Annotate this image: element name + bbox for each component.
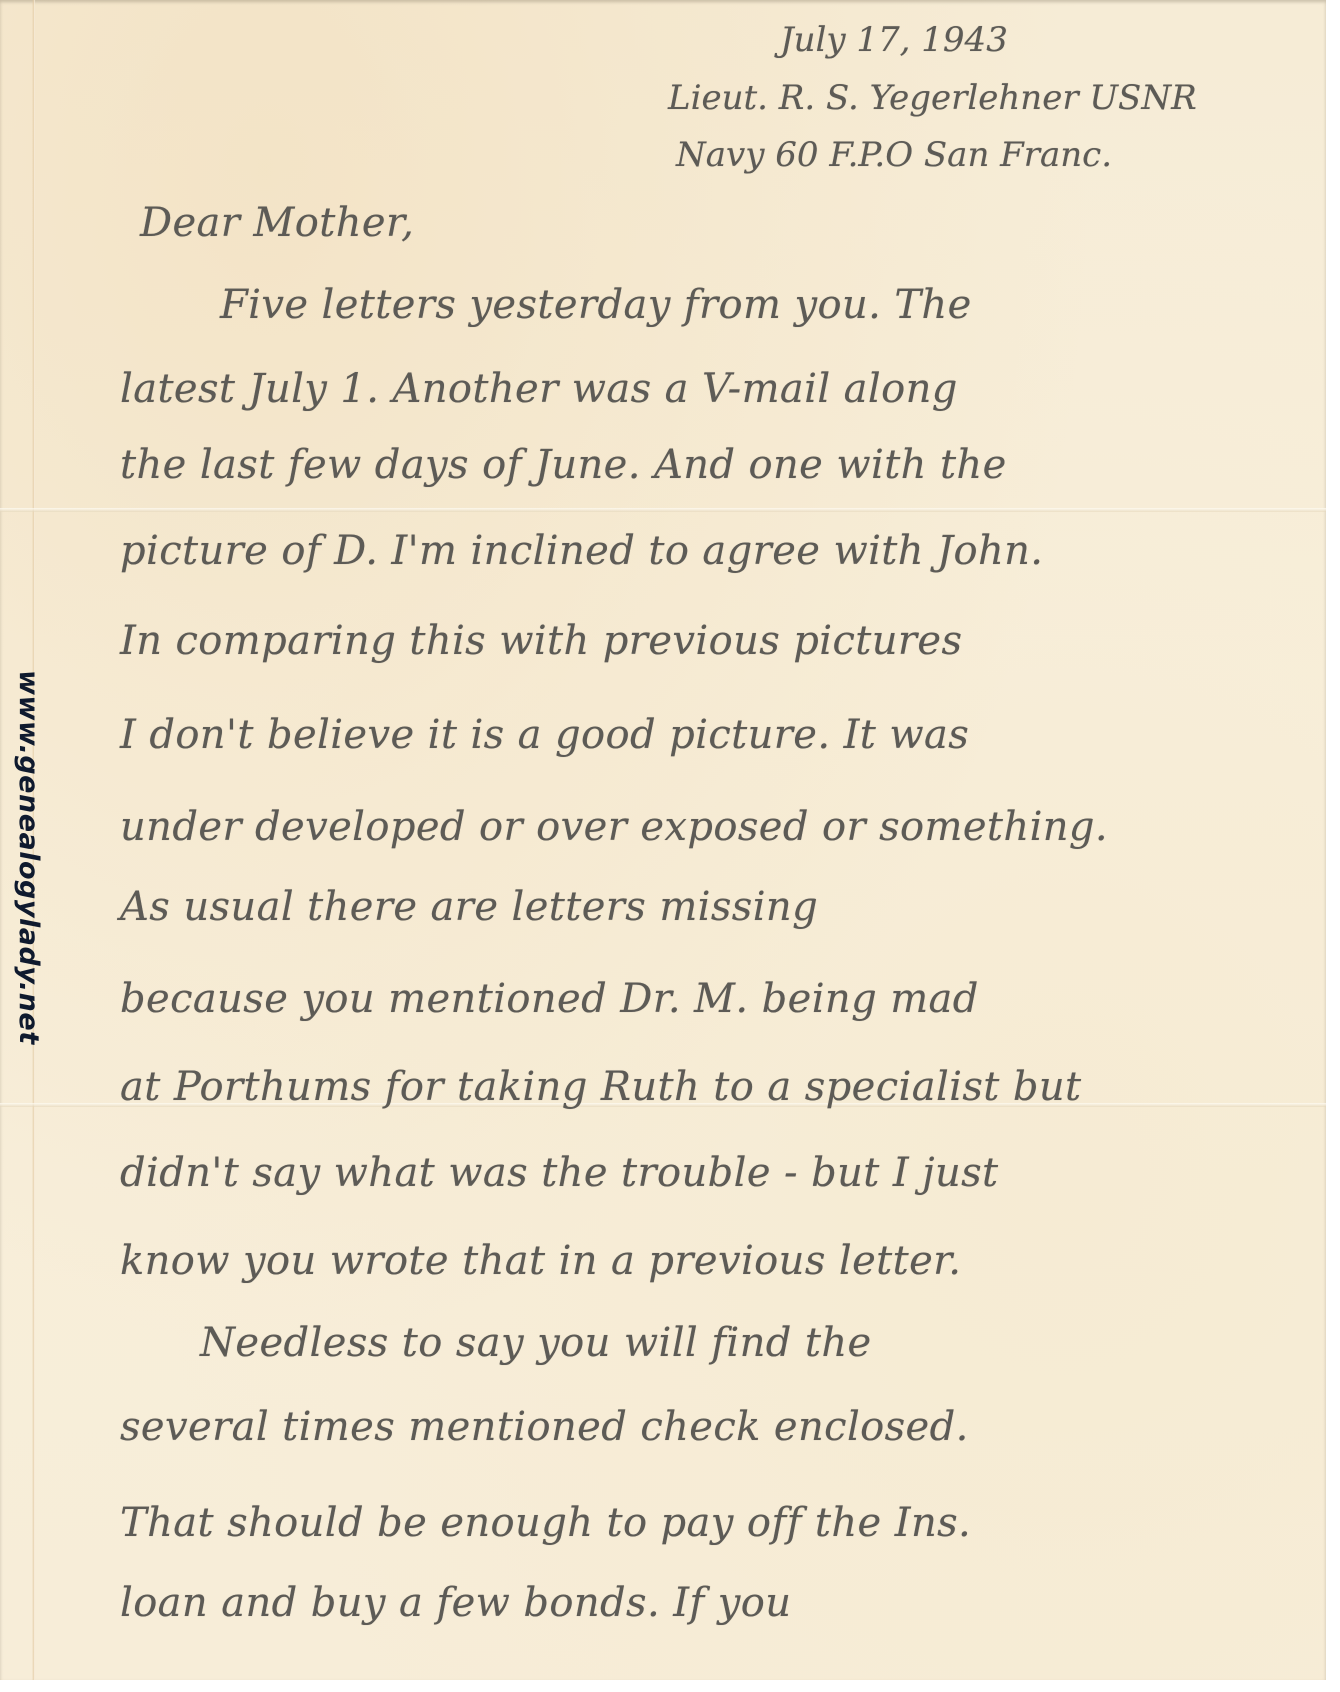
letter-line: because you mentioned Dr. M. being mad (120, 976, 979, 1022)
letter-line: I don't believe it is a good picture. It… (120, 712, 969, 758)
letter-line: picture of D. I'm inclined to agree with… (120, 528, 1043, 574)
letter-line: know you wrote that in a previous letter… (120, 1238, 961, 1284)
letter-line: several times mentioned check enclosed. (120, 1404, 969, 1450)
letter-line: Five letters yesterday from you. The (220, 282, 972, 328)
letter-date: July 17, 1943 (780, 20, 1008, 60)
letter-line: at Porthums for taking Ruth to a special… (120, 1064, 1082, 1110)
letter-line: didn't say what was the trouble - but I … (120, 1150, 999, 1196)
letter-line: As usual there are letters missing (120, 884, 818, 930)
letter-line: In comparing this with previous pictures (120, 618, 962, 664)
letter-line: under developed or over exposed or somet… (120, 804, 1108, 850)
salutation: Dear Mother, (140, 200, 414, 246)
horizontal-fold-crease (0, 508, 1326, 512)
letter-line: the last few days of June. And one with … (120, 442, 1007, 488)
watermark: www.genealogylady.net (13, 670, 44, 1045)
letter-line: latest July 1. Another was a V-mail alon… (120, 366, 958, 412)
sender-name: Lieut. R. S. Yegerlehner USNR (668, 78, 1197, 118)
letter-line: That should be enough to pay off the Ins… (120, 1500, 971, 1546)
letter-page: www.genealogylady.net July 17, 1943 Lieu… (0, 0, 1326, 1680)
sender-address: Navy 60 F.P.O San Franc. (676, 135, 1112, 175)
letter-line: Needless to say you will find the (200, 1320, 872, 1366)
letter-line: loan and buy a few bonds. If you (120, 1580, 791, 1626)
